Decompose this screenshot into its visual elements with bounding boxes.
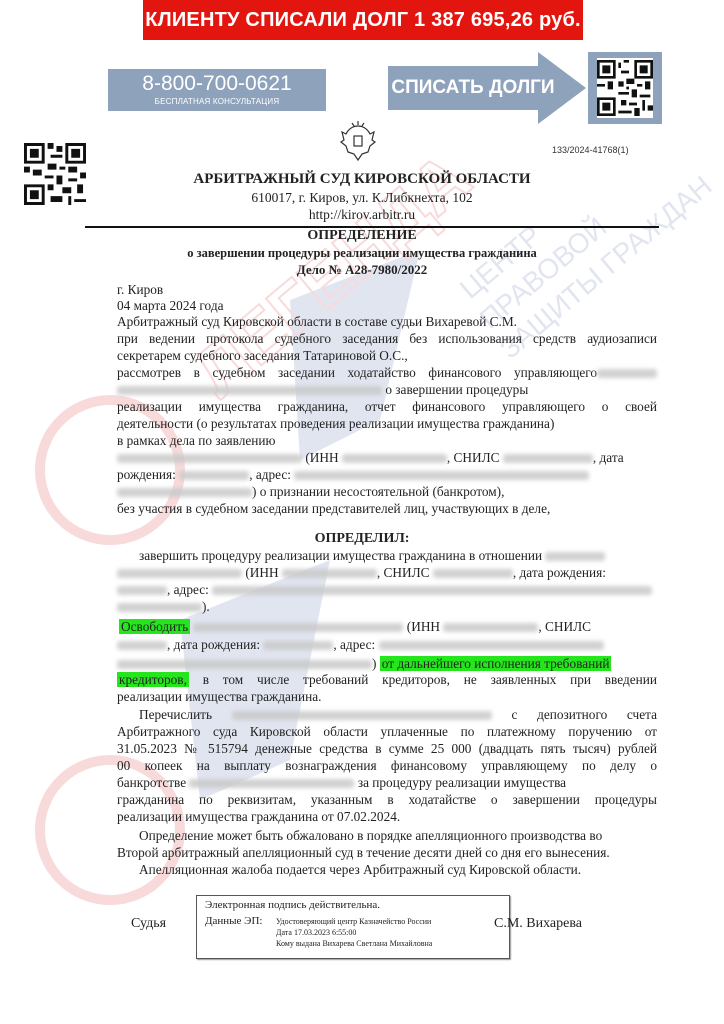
redacted bbox=[117, 603, 202, 612]
intro-line: ) о признании несостоятельной (банкротом… bbox=[117, 484, 657, 500]
phone-number[interactable]: 8-800-700-0621 bbox=[108, 71, 326, 97]
release-highlight: Освободить bbox=[119, 619, 190, 634]
signature-date: Дата 17.03.2023 6:55:00 bbox=[276, 927, 432, 938]
judge-label: Судья bbox=[131, 916, 166, 932]
redacted bbox=[189, 779, 354, 788]
document-title: ОПРЕДЕЛЕНИЕ bbox=[0, 228, 724, 244]
ruling-text: (ИНН bbox=[407, 619, 440, 634]
signature-issuer: Удостоверяющий центр Казначейство России bbox=[276, 916, 432, 927]
redacted bbox=[294, 471, 589, 480]
redacted bbox=[117, 488, 252, 497]
ruling-line: 00 копеек на выплату вознаграждения фина… bbox=[117, 758, 657, 774]
redacted bbox=[263, 641, 333, 650]
ruling-line: , адрес: bbox=[117, 582, 657, 598]
phone-caption: БЕСПЛАТНАЯ КОНСУЛЬТАЦИЯ bbox=[108, 97, 326, 107]
intro-text: рождения: bbox=[117, 467, 176, 482]
intro-line: при ведении протокола судебного заседани… bbox=[117, 331, 657, 347]
document-subtitle: о завершении процедуры реализации имущес… bbox=[0, 246, 724, 261]
judge-name: С.М. Вихарева bbox=[494, 916, 582, 932]
ruling-text: (ИНН bbox=[245, 565, 278, 580]
ruling-line: кредиторов, в том числе требований креди… bbox=[117, 672, 657, 688]
write-off-debts-button[interactable]: СПИСАТЬ ДОЛГИ bbox=[388, 52, 586, 124]
redacted bbox=[379, 641, 604, 650]
intro-line: рассмотрев в судебном заседании ходатайс… bbox=[117, 365, 657, 381]
intro-text: рассмотрев в судебном заседании ходатайс… bbox=[117, 365, 597, 380]
intro-line: о завершении процедуры bbox=[117, 382, 657, 398]
signature-valid-text: Электронная подпись действительна. bbox=[205, 899, 380, 911]
intro-text: , адрес: bbox=[249, 467, 291, 482]
redacted bbox=[597, 369, 657, 378]
redacted bbox=[232, 711, 492, 720]
ruling-text: , дата рождения: bbox=[513, 565, 606, 580]
ruling-line: Определение может быть обжаловано в поря… bbox=[117, 828, 679, 844]
ruling-line: , дата рождения: , адрес: bbox=[117, 637, 657, 653]
redacted bbox=[433, 569, 513, 578]
ruling-text: , дата рождения: bbox=[167, 637, 260, 652]
intro-text: , СНИЛС bbox=[447, 450, 500, 465]
ruling-text: с депозитного счета bbox=[511, 707, 657, 722]
signature-data-label: Данные ЭП: bbox=[205, 915, 262, 927]
court-address: 610017, г. Киров, ул. К.Либкнехта, 102 bbox=[0, 190, 724, 206]
redacted bbox=[117, 660, 372, 669]
redacted bbox=[117, 569, 242, 578]
ruling-text: завершить процедуру реализации имущества… bbox=[139, 548, 542, 563]
phone-consultation-button[interactable]: 8-800-700-0621 БЕСПЛАТНАЯ КОНСУЛЬТАЦИЯ bbox=[108, 69, 326, 111]
ruling-line: 31.05.2023 № 515794 денежные средства в … bbox=[117, 741, 657, 757]
city: г. Киров bbox=[117, 282, 657, 298]
ruling-line: Второй арбитражный апелляционный суд в т… bbox=[117, 845, 657, 861]
ruling-line: ). bbox=[117, 599, 657, 615]
signature-details: Удостоверяющий центр Казначейство России… bbox=[276, 916, 432, 949]
intro-line: деятельности (о результатах проведения р… bbox=[117, 416, 657, 432]
redacted bbox=[179, 471, 249, 480]
intro-text: о завершении процедуры bbox=[385, 382, 528, 397]
intro-text: (ИНН bbox=[305, 450, 338, 465]
redacted bbox=[193, 623, 403, 632]
document-date: 04 марта 2024 года bbox=[117, 298, 657, 314]
ruling-text: Перечислить bbox=[139, 707, 212, 722]
ruling-heading: ОПРЕДЕЛИЛ: bbox=[0, 531, 724, 547]
intro-line: секретарем судебного заседания Татаринов… bbox=[117, 348, 657, 364]
ruling-line: Арбитражного суда Кировской области упла… bbox=[117, 724, 657, 740]
ruling-line: ) от дальнейшего исполнения требований bbox=[117, 656, 657, 672]
redacted bbox=[282, 569, 377, 578]
intro-line: без участия в судебном заседании предста… bbox=[117, 501, 657, 517]
ruling-line: реализации имущества гражданина. bbox=[117, 689, 657, 705]
redacted bbox=[342, 454, 447, 463]
intro-line: в рамках дела по заявлению bbox=[117, 433, 657, 449]
ruling-line: Освободить (ИНН , СНИЛС bbox=[117, 619, 659, 635]
debt-written-off-banner: КЛИЕНТУ СПИСАЛИ ДОЛГ 1 387 695,26 руб. bbox=[143, 0, 583, 40]
redacted bbox=[212, 586, 652, 595]
redacted bbox=[443, 623, 538, 632]
intro-line: (ИНН , СНИЛС , дата bbox=[117, 450, 657, 466]
promo-qr-code[interactable] bbox=[588, 52, 662, 124]
court-name: АРБИТРАЖНЫЙ СУД КИРОВСКОЙ ОБЛАСТИ bbox=[0, 171, 724, 188]
redacted bbox=[545, 552, 605, 561]
ruling-line: (ИНН , СНИЛС , дата рождения: bbox=[117, 565, 657, 581]
intro-line: реализации имущества гражданина, отчет ф… bbox=[117, 399, 657, 415]
redacted bbox=[117, 454, 302, 463]
creditors-highlight: кредиторов, bbox=[117, 672, 189, 687]
redacted bbox=[117, 641, 167, 650]
ruling-line: банкротстве за процедуру реализации имущ… bbox=[117, 775, 657, 791]
ruling-text: в том числе требований кредиторов, не за… bbox=[203, 672, 657, 687]
intro-text: , дата bbox=[593, 450, 624, 465]
ruling-line: гражданина по реквизитам, указанным в хо… bbox=[117, 792, 657, 808]
cta-label[interactable]: СПИСАТЬ ДОЛГИ bbox=[388, 52, 558, 124]
ruling-text: ). bbox=[202, 599, 210, 614]
ruling-line: Перечислить с депозитного счета bbox=[117, 707, 657, 723]
ruling-line: завершить процедуру реализации имущества… bbox=[117, 548, 679, 564]
redacted bbox=[117, 386, 382, 395]
redacted bbox=[503, 454, 593, 463]
e-signature-stamp: Электронная подпись действительна. Данны… bbox=[196, 895, 510, 959]
document-number: 133/2024-41768(1) bbox=[552, 145, 629, 155]
intro-text: ) о признании несостоятельной (банкротом… bbox=[252, 484, 504, 499]
redacted bbox=[117, 586, 167, 595]
signature-issued-to: Кому выдана Вихарева Светлана Михайловна bbox=[276, 938, 432, 949]
ruling-text: , адрес: bbox=[167, 582, 209, 597]
intro-line: Арбитражный суд Кировской области в сост… bbox=[117, 314, 657, 330]
ruling-text: , адрес: bbox=[333, 637, 375, 652]
case-number: Дело № А28-7980/2022 bbox=[0, 262, 724, 278]
ruling-line: реализации имущества гражданина от 07.02… bbox=[117, 809, 657, 825]
ruling-text: , СНИЛС bbox=[377, 565, 430, 580]
ruling-text: за процедуру реализации имущества bbox=[358, 775, 566, 790]
release-obligations-highlight: от дальнейшего исполнения требований bbox=[380, 656, 612, 671]
ruling-line: Апелляционная жалоба подается через Арби… bbox=[117, 862, 679, 878]
coat-of-arms-icon bbox=[338, 120, 378, 164]
ruling-text: , СНИЛС bbox=[538, 619, 591, 634]
court-url[interactable]: http://kirov.arbitr.ru bbox=[0, 207, 724, 223]
intro-line: рождения: , адрес: bbox=[117, 467, 657, 483]
qr-code-icon bbox=[597, 58, 653, 118]
ruling-text: банкротстве bbox=[117, 775, 186, 790]
